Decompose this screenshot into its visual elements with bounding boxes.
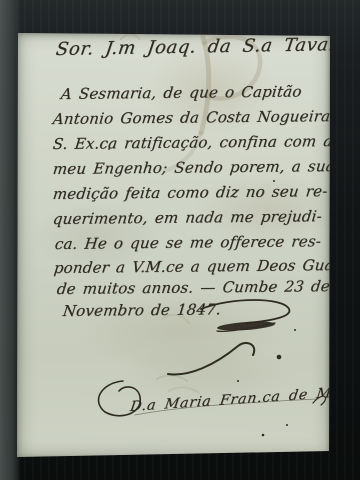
handwritten-line: medição feita como diz no seu re- [52,184,328,202]
salutation-line: Sor. J.m Joaq. da S.a Tavares. — [55,36,360,57]
handwritten-line: meu Engenho; Sendo porem, a sua [52,159,336,177]
handwritten-line: ponder a V.M.ce a quem Deos Guar- [53,258,347,276]
handwritten-line: A Sesmaria, de que o Capitão [60,84,302,102]
handwritten-line: ca. He o que se me offerece res- [54,234,322,252]
handwritten-line: S. Ex.ca ratificação, confina com as do [52,134,360,152]
handwritten-line: de muitos annos. — Cumbe 23 de [56,279,331,297]
handwritten-line: Novembro de 1847. [62,302,222,319]
scan-background: Sor. J.m Joaq. da S.a Tavares. — A Sesma… [0,0,360,480]
letter-page: Sor. J.m Joaq. da S.a Tavares. — A Sesma… [17,31,331,458]
handwritten-line: Antonio Gomes da Costa Nogueira, a [52,109,352,127]
handwritten-line: querimento, em nada me prejudi- [52,209,323,227]
